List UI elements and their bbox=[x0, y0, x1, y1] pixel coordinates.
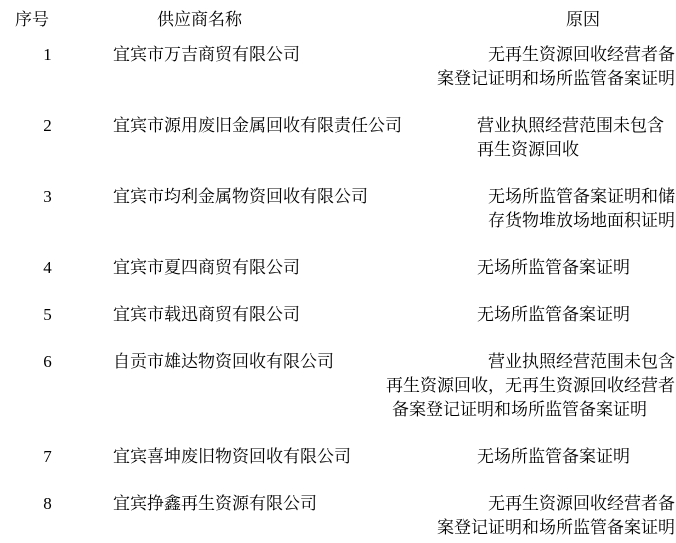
row-serial-number: 8 bbox=[0, 492, 95, 540]
reason-line: 无场所监管备案证明 bbox=[477, 303, 630, 327]
rejection-reason: 营业执照经营范围未包含再生资源回收 bbox=[390, 114, 676, 162]
reason-line: 再生资源回收，无再生资源回收经营者 bbox=[386, 374, 675, 398]
rejection-reason: 无再生资源回收经营者备案登记证明和场所监管备案证明 bbox=[390, 43, 676, 91]
reason-line: 营业执照经营范围未包含 bbox=[488, 350, 675, 374]
column-header-supplier-name: 供应商名称 bbox=[95, 8, 390, 32]
reason-line: 无再生资源回收经营者备 bbox=[488, 492, 675, 516]
table-row: 4宜宾市夏四商贸有限公司无场所监管备案证明 bbox=[0, 256, 676, 280]
table-header-row: 序号 供应商名称 原因 bbox=[0, 8, 676, 32]
supplier-name: 自贡市雄达物资回收有限公司 bbox=[95, 350, 390, 422]
table-row: 2宜宾市源用废旧金属回收有限责任公司营业执照经营范围未包含再生资源回收 bbox=[0, 114, 676, 162]
rejection-reason: 无再生资源回收经营者备案登记证明和场所监管备案证明 bbox=[390, 492, 676, 540]
reason-line: 营业执照经营范围未包含 bbox=[477, 114, 664, 138]
reason-line: 无再生资源回收经营者备 bbox=[488, 43, 675, 67]
row-serial-number: 6 bbox=[0, 350, 95, 422]
row-serial-number: 4 bbox=[0, 256, 95, 280]
rejection-reason: 营业执照经营范围未包含再生资源回收，无再生资源回收经营者备案登记证明和场所监管备… bbox=[390, 350, 676, 422]
table-row: 3宜宾市均利金属物资回收有限公司无场所监管备案证明和储存货物堆放场地面积证明 bbox=[0, 185, 676, 233]
rejection-reason: 无场所监管备案证明和储存货物堆放场地面积证明 bbox=[390, 185, 676, 233]
reason-line: 案登记证明和场所监管备案证明 bbox=[437, 516, 675, 540]
reason-line: 无场所监管备案证明 bbox=[477, 256, 630, 280]
rejection-reason: 无场所监管备案证明 bbox=[390, 445, 676, 469]
table-body: 1宜宾市万吉商贸有限公司无再生资源回收经营者备案登记证明和场所监管备案证明2宜宾… bbox=[0, 43, 676, 540]
table-row: 1宜宾市万吉商贸有限公司无再生资源回收经营者备案登记证明和场所监管备案证明 bbox=[0, 43, 676, 91]
reason-line: 无场所监管备案证明和储 bbox=[488, 185, 675, 209]
row-serial-number: 3 bbox=[0, 185, 95, 233]
reason-line: 案登记证明和场所监管备案证明 bbox=[437, 67, 675, 91]
table-row: 8宜宾挣鑫再生资源有限公司无再生资源回收经营者备案登记证明和场所监管备案证明 bbox=[0, 492, 676, 540]
table-row: 7宜宾喜坤废旧物资回收有限公司无场所监管备案证明 bbox=[0, 445, 676, 469]
table-row: 6自贡市雄达物资回收有限公司营业执照经营范围未包含再生资源回收，无再生资源回收经… bbox=[0, 350, 676, 422]
column-header-reason: 原因 bbox=[390, 8, 676, 32]
row-serial-number: 5 bbox=[0, 303, 95, 327]
supplier-rejection-table: 序号 供应商名称 原因 1宜宾市万吉商贸有限公司无再生资源回收经营者备案登记证明… bbox=[0, 0, 676, 543]
rejection-reason: 无场所监管备案证明 bbox=[390, 303, 676, 327]
row-serial-number: 7 bbox=[0, 445, 95, 469]
supplier-name: 宜宾市万吉商贸有限公司 bbox=[95, 43, 390, 91]
table-row: 5宜宾市载迅商贸有限公司无场所监管备案证明 bbox=[0, 303, 676, 327]
reason-line: 再生资源回收 bbox=[477, 138, 579, 162]
reason-line: 无场所监管备案证明 bbox=[477, 445, 630, 469]
supplier-name: 宜宾市夏四商贸有限公司 bbox=[95, 256, 390, 280]
column-header-serial-number: 序号 bbox=[0, 8, 95, 32]
supplier-name: 宜宾喜坤废旧物资回收有限公司 bbox=[95, 445, 390, 469]
row-serial-number: 2 bbox=[0, 114, 95, 162]
supplier-name: 宜宾市源用废旧金属回收有限责任公司 bbox=[95, 114, 390, 162]
supplier-name: 宜宾挣鑫再生资源有限公司 bbox=[95, 492, 390, 540]
row-serial-number: 1 bbox=[0, 43, 95, 91]
reason-line: 备案登记证明和场所监管备案证明 bbox=[392, 398, 647, 422]
rejection-reason: 无场所监管备案证明 bbox=[390, 256, 676, 280]
supplier-name: 宜宾市载迅商贸有限公司 bbox=[95, 303, 390, 327]
supplier-name: 宜宾市均利金属物资回收有限公司 bbox=[95, 185, 390, 233]
reason-line: 存货物堆放场地面积证明 bbox=[488, 209, 675, 233]
